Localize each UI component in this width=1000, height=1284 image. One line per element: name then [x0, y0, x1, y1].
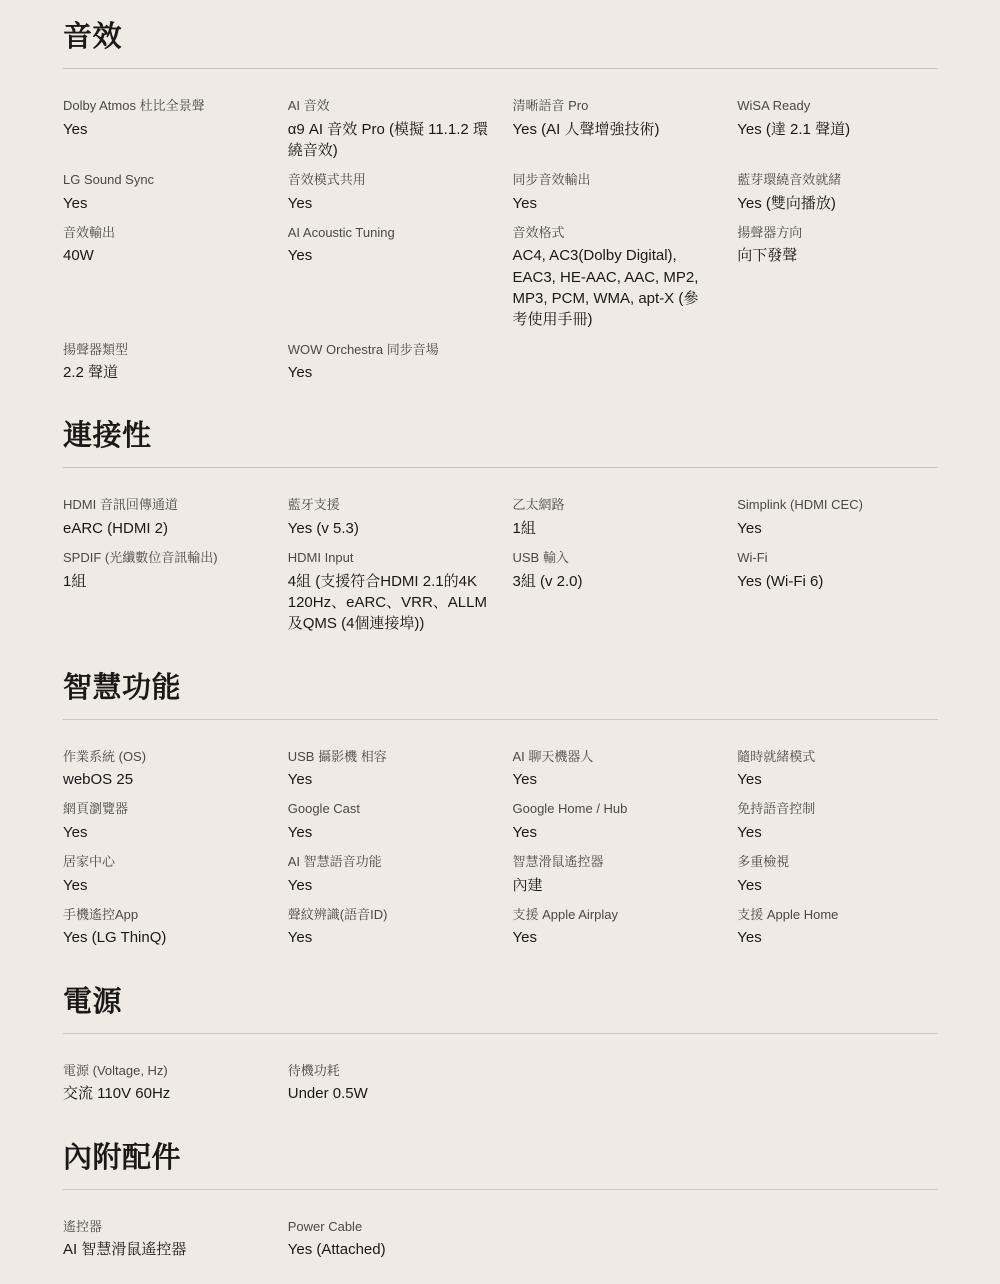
spec-item: SPDIF (光纖數位音訊輸出) 1組 — [63, 548, 264, 634]
spec-value: 向下發聲 — [737, 245, 938, 266]
spec-label: 音效輸出 — [63, 223, 264, 243]
spec-item: 音效輸出 40W — [63, 223, 264, 331]
spec-item: AI 音效 α9 AI 音效 Pro (模擬 11.1.2 環繞音效) — [288, 96, 489, 161]
spec-value: α9 AI 音效 Pro (模擬 11.1.2 環繞音效) — [288, 119, 489, 162]
section-title: 音效 — [63, 14, 938, 55]
spec-grid: 遙控器 AI 智慧滑鼠遙控器 Power Cable Yes (Attached… — [63, 1190, 938, 1261]
spec-label: 音效格式 — [513, 223, 714, 243]
spec-value: Yes — [737, 822, 938, 843]
spec-item: HDMI Input 4組 (支援符合HDMI 2.1的4K 120Hz、eAR… — [288, 548, 489, 634]
spec-item: 藍芽環繞音效就緒 Yes (雙向播放) — [737, 170, 938, 214]
spec-label: HDMI 音訊回傳通道 — [63, 495, 264, 515]
spec-grid: HDMI 音訊回傳通道 eARC (HDMI 2) 藍牙支援 Yes (v 5.… — [63, 468, 938, 634]
spec-label: SPDIF (光纖數位音訊輸出) — [63, 548, 264, 568]
spec-label: HDMI Input — [288, 548, 489, 568]
spec-label: 遙控器 — [63, 1217, 264, 1237]
spec-value: AC4, AC3(Dolby Digital), EAC3, HE-AAC, A… — [513, 245, 714, 330]
spec-label: 網頁瀏覽器 — [63, 799, 264, 819]
section-title: 內附配件 — [63, 1135, 938, 1176]
spec-value: 3組 (v 2.0) — [513, 571, 714, 592]
spec-value: 交流 110V 60Hz — [63, 1083, 264, 1104]
spec-label: 聲紋辨識(語音ID) — [288, 905, 489, 925]
spec-value: 2.2 聲道 — [63, 362, 264, 383]
spec-value: Yes — [63, 119, 264, 140]
spec-value: webOS 25 — [63, 769, 264, 790]
spec-value: Under 0.5W — [288, 1083, 489, 1104]
spec-label: Simplink (HDMI CEC) — [737, 495, 938, 515]
spec-label: 免持語音控制 — [737, 799, 938, 819]
spec-item: Simplink (HDMI CEC) Yes — [737, 495, 938, 539]
spec-value: Yes — [63, 193, 264, 214]
spec-label: 支援 Apple Airplay — [513, 905, 714, 925]
spec-section-0: 音效 Dolby Atmos 杜比全景聲 Yes AI 音效 α9 AI 音效 … — [63, 14, 938, 383]
spec-section-4: 內附配件 遙控器 AI 智慧滑鼠遙控器 Power Cable Yes (Att… — [63, 1135, 938, 1261]
spec-label: AI 聊天機器人 — [513, 747, 714, 767]
spec-item: Google Home / Hub Yes — [513, 799, 714, 843]
spec-item: AI 聊天機器人 Yes — [513, 747, 714, 791]
spec-value: Yes — [63, 822, 264, 843]
spec-item: 電源 (Voltage, Hz) 交流 110V 60Hz — [63, 1061, 264, 1105]
spec-label: 支援 Apple Home — [737, 905, 938, 925]
spec-section-2: 智慧功能 作業系統 (OS) webOS 25 USB 攝影機 相容 Yes A… — [63, 665, 938, 949]
spec-item: 藍牙支援 Yes (v 5.3) — [288, 495, 489, 539]
spec-item: AI Acoustic Tuning Yes — [288, 223, 489, 331]
spec-value: Yes — [288, 245, 489, 266]
spec-value: Yes (v 5.3) — [288, 518, 489, 539]
spec-item: 手機遙控App Yes (LG ThinQ) — [63, 905, 264, 949]
spec-label: 藍芽環繞音效就緒 — [737, 170, 938, 190]
spec-label: Dolby Atmos 杜比全景聲 — [63, 96, 264, 116]
spec-value: Yes — [513, 769, 714, 790]
spec-item: USB 輸入 3組 (v 2.0) — [513, 548, 714, 634]
spec-grid: 電源 (Voltage, Hz) 交流 110V 60Hz 待機功耗 Under… — [63, 1034, 938, 1105]
spec-page: 音效 Dolby Atmos 杜比全景聲 Yes AI 音效 α9 AI 音效 … — [0, 0, 1000, 1284]
spec-value: Yes (Wi-Fi 6) — [737, 571, 938, 592]
spec-label: WOW Orchestra 同步音場 — [288, 340, 489, 360]
spec-label: USB 輸入 — [513, 548, 714, 568]
spec-item: 遙控器 AI 智慧滑鼠遙控器 — [63, 1217, 264, 1261]
spec-value: Yes — [737, 518, 938, 539]
spec-item: 乙太網路 1組 — [513, 495, 714, 539]
spec-label: Google Home / Hub — [513, 799, 714, 819]
spec-item: 支援 Apple Home Yes — [737, 905, 938, 949]
spec-grid: 作業系統 (OS) webOS 25 USB 攝影機 相容 Yes AI 聊天機… — [63, 720, 938, 949]
spec-item: WOW Orchestra 同步音場 Yes — [288, 340, 489, 384]
spec-value: Yes — [737, 875, 938, 896]
spec-item: 多重檢視 Yes — [737, 852, 938, 896]
spec-label: 揚聲器方向 — [737, 223, 938, 243]
spec-value: AI 智慧滑鼠遙控器 — [63, 1239, 264, 1260]
spec-value: Yes — [513, 193, 714, 214]
spec-label: Power Cable — [288, 1217, 489, 1237]
spec-item: 音效格式 AC4, AC3(Dolby Digital), EAC3, HE-A… — [513, 223, 714, 331]
spec-label: Google Cast — [288, 799, 489, 819]
spec-value: Yes — [288, 822, 489, 843]
spec-item: 待機功耗 Under 0.5W — [288, 1061, 489, 1105]
spec-value: Yes (Attached) — [288, 1239, 489, 1260]
spec-section-3: 電源 電源 (Voltage, Hz) 交流 110V 60Hz 待機功耗 Un… — [63, 979, 938, 1105]
spec-value: 1組 — [63, 571, 264, 592]
spec-value: Yes (達 2.1 聲道) — [737, 119, 938, 140]
spec-value: Yes (LG ThinQ) — [63, 927, 264, 948]
spec-item: WiSA Ready Yes (達 2.1 聲道) — [737, 96, 938, 161]
spec-value: 1組 — [513, 518, 714, 539]
spec-item: Dolby Atmos 杜比全景聲 Yes — [63, 96, 264, 161]
spec-item: 音效模式共用 Yes — [288, 170, 489, 214]
spec-label: AI Acoustic Tuning — [288, 223, 489, 243]
spec-value: Yes — [288, 875, 489, 896]
spec-label: 音效模式共用 — [288, 170, 489, 190]
spec-label: USB 攝影機 相容 — [288, 747, 489, 767]
spec-value: Yes — [737, 927, 938, 948]
spec-label: 待機功耗 — [288, 1061, 489, 1081]
spec-item: USB 攝影機 相容 Yes — [288, 747, 489, 791]
spec-item: Google Cast Yes — [288, 799, 489, 843]
spec-label: 揚聲器類型 — [63, 340, 264, 360]
spec-value: Yes (雙向播放) — [737, 193, 938, 214]
spec-label: LG Sound Sync — [63, 170, 264, 190]
spec-label: 隨時就緒模式 — [737, 747, 938, 767]
spec-item: 聲紋辨識(語音ID) Yes — [288, 905, 489, 949]
spec-item: Wi-Fi Yes (Wi-Fi 6) — [737, 548, 938, 634]
spec-label: 作業系統 (OS) — [63, 747, 264, 767]
spec-value: eARC (HDMI 2) — [63, 518, 264, 539]
spec-value: Yes — [737, 769, 938, 790]
spec-label: Wi-Fi — [737, 548, 938, 568]
spec-item: 清晰語音 Pro Yes (AI 人聲增強技術) — [513, 96, 714, 161]
spec-label: 手機遙控App — [63, 905, 264, 925]
section-title: 電源 — [63, 979, 938, 1020]
spec-value: Yes — [288, 769, 489, 790]
spec-label: 藍牙支援 — [288, 495, 489, 515]
spec-value: Yes — [513, 822, 714, 843]
section-title: 連接性 — [63, 413, 938, 454]
spec-item: 免持語音控制 Yes — [737, 799, 938, 843]
spec-grid: Dolby Atmos 杜比全景聲 Yes AI 音效 α9 AI 音效 Pro… — [63, 69, 938, 383]
spec-section-1: 連接性 HDMI 音訊回傳通道 eARC (HDMI 2) 藍牙支援 Yes (… — [63, 413, 938, 634]
section-title: 智慧功能 — [63, 665, 938, 706]
spec-value: Yes — [288, 362, 489, 383]
spec-label: 居家中心 — [63, 852, 264, 872]
spec-item: HDMI 音訊回傳通道 eARC (HDMI 2) — [63, 495, 264, 539]
spec-value: 4組 (支援符合HDMI 2.1的4K 120Hz、eARC、VRR、ALLM及… — [288, 571, 489, 635]
spec-label: 同步音效輸出 — [513, 170, 714, 190]
spec-item: 居家中心 Yes — [63, 852, 264, 896]
spec-item: 同步音效輸出 Yes — [513, 170, 714, 214]
spec-value: Yes (AI 人聲增強技術) — [513, 119, 714, 140]
spec-label: 清晰語音 Pro — [513, 96, 714, 116]
spec-value: 40W — [63, 245, 264, 266]
spec-item: 揚聲器類型 2.2 聲道 — [63, 340, 264, 384]
spec-value: Yes — [288, 927, 489, 948]
spec-item: Power Cable Yes (Attached) — [288, 1217, 489, 1261]
spec-label: WiSA Ready — [737, 96, 938, 116]
spec-item: 支援 Apple Airplay Yes — [513, 905, 714, 949]
spec-label: AI 音效 — [288, 96, 489, 116]
spec-value: Yes — [513, 927, 714, 948]
spec-value: 內建 — [513, 875, 714, 896]
spec-label: 智慧滑鼠遙控器 — [513, 852, 714, 872]
spec-value: Yes — [288, 193, 489, 214]
spec-label: 電源 (Voltage, Hz) — [63, 1061, 264, 1081]
spec-item: AI 智慧語音功能 Yes — [288, 852, 489, 896]
spec-item: 智慧滑鼠遙控器 內建 — [513, 852, 714, 896]
spec-label: 多重檢視 — [737, 852, 938, 872]
spec-label: AI 智慧語音功能 — [288, 852, 489, 872]
spec-item: LG Sound Sync Yes — [63, 170, 264, 214]
spec-value: Yes — [63, 875, 264, 896]
spec-item: 網頁瀏覽器 Yes — [63, 799, 264, 843]
spec-item: 揚聲器方向 向下發聲 — [737, 223, 938, 331]
spec-item: 作業系統 (OS) webOS 25 — [63, 747, 264, 791]
spec-label: 乙太網路 — [513, 495, 714, 515]
spec-item: 隨時就緒模式 Yes — [737, 747, 938, 791]
